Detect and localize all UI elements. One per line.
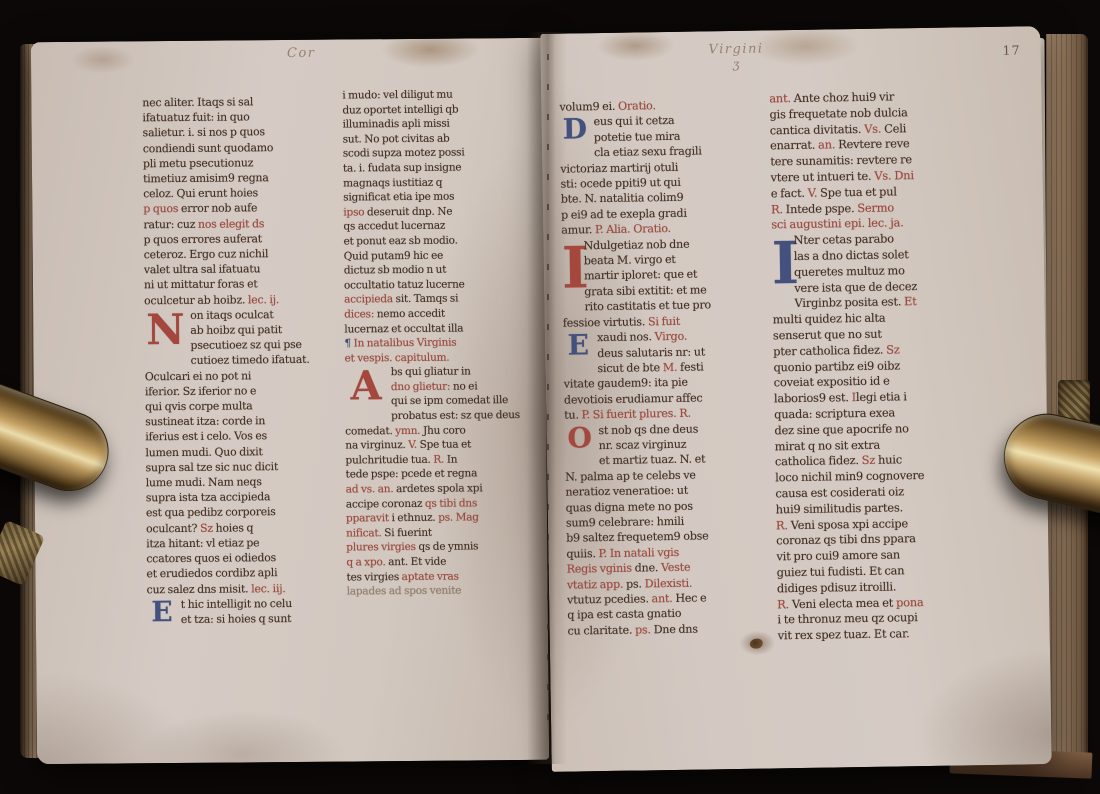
left-manuscript-page: Cor nec aliter. Itaqs si salifatuatuz fu… [31,38,549,764]
text-line: cu claritate. ps. Dne dns [567,620,755,638]
text-line: lapades ad spos venite [347,583,523,599]
folio-number: 17 [1002,42,1020,57]
text-line: salietur. i. si nos p quos [143,124,325,141]
text-line: ta. i. fudata sup insigne [343,160,519,176]
text-line: ipso deseruit dnp. Ne [343,204,519,220]
text-line: significat etia ipe mos [343,189,519,205]
text-line: qui se ipm comedat ille [391,393,521,409]
text-line: nificat. Si fuerint [346,525,522,541]
text-column: volum9 ei. Oratio.Deus qui it cetzapotet… [559,97,755,639]
text-line: p quos error nob aufe [143,200,325,217]
text-line: iferius est i celo. Vos es [145,428,327,445]
photo-of-manuscript: { "photo": { "background": "#0b0807" }, … [0,0,1100,794]
text-line: tede pspe: pcede et regna [346,466,522,482]
text-column: i mudo: vel diligut muduz oportet intell… [342,87,522,599]
text-line: supra sal tze sic nuc dicit [146,459,328,476]
text-column: ant. Ante choz hui9 virgis frequetate no… [769,88,962,644]
text-line: dno glietur: no ei [391,379,521,395]
illuminated-initial: O [564,424,594,455]
text-line: lumen mudi. Quo dixit [145,443,327,460]
text-line: ceteroz. Ergo cuz nichil [144,246,326,263]
right-manuscript-page: Virgini ʒ 17 volum9 ei. Oratio.Deus qui … [540,26,1052,772]
text-line: ccatores quos ei odiedos [146,550,328,567]
black-backdrop: Cor nec aliter. Itaqs si salifatuatuz fu… [0,0,1100,794]
text-line: cutioez timedo ifatuat. [191,352,327,368]
text-line: et ponut eaz sb modio. [344,233,520,249]
text-line: duz oportet intelligi qb [342,102,518,118]
text-line: celoz. Qui erunt hoies [143,185,325,202]
text-line: i mudo: vel diligut mu [342,87,518,103]
text-line: probatus est: sz que deus [391,408,521,424]
text-line: pparavit i ethnuz. ps. Mag [346,510,522,526]
text-line: ifatuatuz fuit: in quo [142,109,324,126]
text-line: itza hitant: vl etiaz pe [146,535,328,552]
header-flourish: ʒ [733,57,740,71]
text-line: accipieda sit. Tamqs si [344,291,520,307]
text-line: accipe coronaz qs tibi dns [346,496,522,512]
illuminated-initial: E [563,331,593,362]
illuminated-initial: N [144,309,186,355]
text-line: timetiuz amisim9 regna [143,170,325,187]
text-line: Oculcari ei no pot ni [145,367,327,384]
book-gutter [527,32,567,764]
text-line: qs accedut lucernaz [343,218,519,234]
text-line: magnaqs iustitiaz q [343,175,519,191]
text-line: oculcetur ab hoibz. lec. ij. [144,291,326,308]
right-running-header: Virgini [708,41,763,57]
text-line: bs qui gliatur in [391,364,521,380]
text-line: iferior. Sz iferior no e [145,383,327,400]
text-line: ratur: cuz nos elegit ds [143,215,325,232]
text-line: lucernaz et occultat illa [344,320,520,336]
text-line: t hic intelligit no celu [181,595,329,611]
text-line: q a xpo. ant. Et vide [346,554,522,570]
text-line: occultatio tatuz lucerne [344,277,520,293]
text-line: condiendi sunt quodamo [143,139,325,156]
text-line: dictuz sb modio n ut [344,262,520,278]
text-line: na virginuz. V. Spe tua et [345,437,521,453]
text-line: comedat. ymn. Jhu coro [345,423,521,439]
illuminated-initial: I [771,234,790,297]
text-line: dices: nemo accedit [344,306,520,322]
text-line: plures virgies qs de ymnis [346,539,522,555]
text-line: pli metu psecutionuz [143,154,325,171]
text-line: cuz salez dns misit. lec. iij. [147,580,329,597]
text-line: on itaqs oculcat [190,307,326,323]
text-line: et vespis. capitulum. [345,350,521,366]
text-line: illuminadis apli missi [343,116,519,132]
text-line: ¶ In natalibus Virginis [344,335,520,351]
text-line: ad vs. an. ardetes spola xpi [346,481,522,497]
text-line: qui qvis corpe multa [145,398,327,415]
text-line: ni ut mittatur foras et [144,276,326,293]
text-line: supra ista tza accipieda [146,489,328,506]
text-line: et erudiedos cordibz apli [146,565,328,582]
text-line: lume mudi. Nam neqs [146,474,328,491]
text-line: sustineat itza: corde in [145,413,327,430]
illuminated-initial: A [345,366,387,410]
text-line: tes virgies aptate vras [346,569,522,585]
text-line: nec aliter. Itaqs si sal [142,94,324,111]
text-line: oculcant? Sz hoies q [146,519,328,536]
text-column: nec aliter. Itaqs si salifatuatuz fuit: … [142,94,329,629]
text-line: Quid putam9 hic ee [344,248,520,264]
left-running-header: Cor [287,46,316,61]
text-line: et tza: si hoies q sunt [181,611,329,627]
text-line: scodi supza motez possi [343,145,519,161]
illuminated-initial: E [147,598,177,629]
text-line: p quos errores auferat [144,231,326,248]
ink-stain [750,639,763,649]
text-line: vit rex spez tuaz. Et car. [778,626,962,645]
text-line: valet ultra sal ifatuatu [144,261,326,278]
text-line: ab hoibz qui patit [190,322,326,338]
text-line: est qua pedibz corporeis [146,504,328,521]
text-line: sut. No pot civitas ab [343,131,519,147]
text-line: psecutioez sz qui pse [190,337,326,353]
text-line: pulchritudie tua. R. In [345,452,521,468]
